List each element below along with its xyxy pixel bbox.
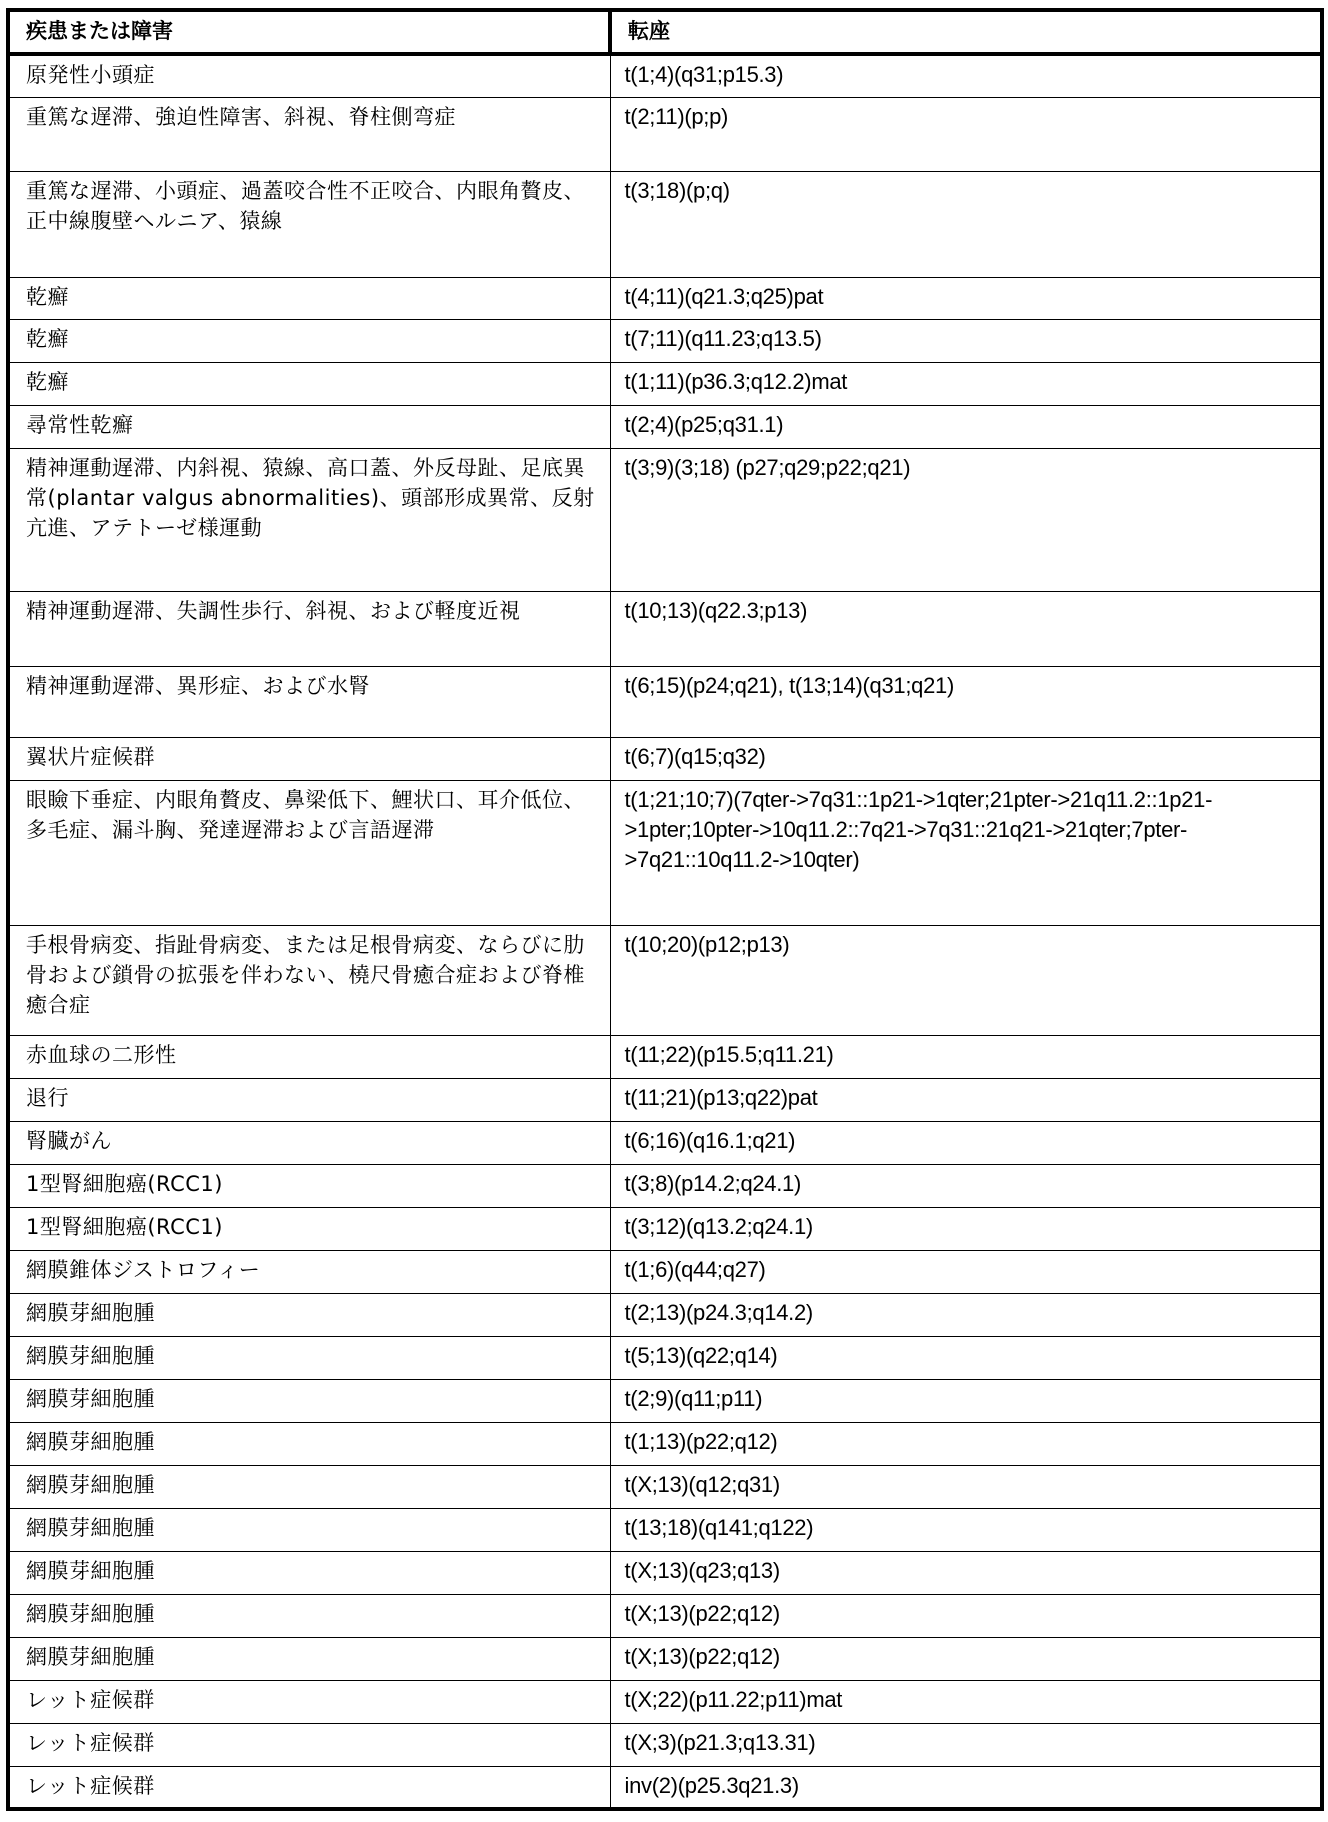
table-row: 退行t(11;21)(p13;q22)pat bbox=[8, 1078, 1322, 1121]
translocation-cell: t(2;9)(q11;p11) bbox=[610, 1379, 1322, 1422]
translocation-cell: t(2;11)(p;p) bbox=[610, 97, 1322, 171]
disease-cell: レット症候群 bbox=[8, 1680, 610, 1723]
translocation-cell: t(11;22)(p15.5;q11.21) bbox=[610, 1035, 1322, 1078]
disease-cell: 乾癬 bbox=[8, 319, 610, 362]
translocation-cell: t(1;4)(q31;p15.3) bbox=[610, 54, 1322, 97]
translocation-cell: t(3;12)(q13.2;q24.1) bbox=[610, 1207, 1322, 1250]
table-row: 乾癬t(4;11)(q21.3;q25)pat bbox=[8, 277, 1322, 319]
table-row: 網膜芽細胞腫t(5;13)(q22;q14) bbox=[8, 1336, 1322, 1379]
table-row: 網膜芽細胞腫t(13;18)(q141;q122) bbox=[8, 1508, 1322, 1551]
translocation-cell: inv(2)(p25.3q21.3) bbox=[610, 1766, 1322, 1809]
disease-cell: 網膜芽細胞腫 bbox=[8, 1422, 610, 1465]
translocation-cell: t(6;15)(p24;q21), t(13;14)(q31;q21) bbox=[610, 666, 1322, 737]
table-row: 腎臓がんt(6;16)(q16.1;q21) bbox=[8, 1121, 1322, 1164]
translocation-cell: t(X;13)(p22;q12) bbox=[610, 1594, 1322, 1637]
translocation-cell: t(3;9)(3;18) (p27;q29;p22;q21) bbox=[610, 448, 1322, 591]
table-row: 網膜芽細胞腫t(2;9)(q11;p11) bbox=[8, 1379, 1322, 1422]
translocation-cell: t(2;4)(p25;q31.1) bbox=[610, 405, 1322, 448]
disease-cell: 網膜芽細胞腫 bbox=[8, 1293, 610, 1336]
header-translocation: 転座 bbox=[610, 10, 1322, 54]
translocation-cell: t(10;13)(q22.3;p13) bbox=[610, 591, 1322, 666]
translocation-cell: t(X;22)(p11.22;p11)mat bbox=[610, 1680, 1322, 1723]
disease-cell: 赤血球の二形性 bbox=[8, 1035, 610, 1078]
disease-cell: レット症候群 bbox=[8, 1723, 610, 1766]
table-row: 赤血球の二形性t(11;22)(p15.5;q11.21) bbox=[8, 1035, 1322, 1078]
translocation-cell: t(10;20)(p12;p13) bbox=[610, 925, 1322, 1035]
disease-cell: 網膜芽細胞腫 bbox=[8, 1637, 610, 1680]
table-body: 原発性小頭症t(1;4)(q31;p15.3)重篤な遅滞、強迫性障害、斜視、脊柱… bbox=[8, 54, 1322, 1809]
disease-cell: 原発性小頭症 bbox=[8, 54, 610, 97]
table-row: 網膜芽細胞腫t(2;13)(p24.3;q14.2) bbox=[8, 1293, 1322, 1336]
table-row: 網膜芽細胞腫t(1;13)(p22;q12) bbox=[8, 1422, 1322, 1465]
header-row: 疾患または障害 転座 bbox=[8, 10, 1322, 54]
disease-cell: 網膜芽細胞腫 bbox=[8, 1551, 610, 1594]
translocation-cell: t(4;11)(q21.3;q25)pat bbox=[610, 277, 1322, 319]
disease-cell: 乾癬 bbox=[8, 362, 610, 405]
disease-cell: 網膜芽細胞腫 bbox=[8, 1508, 610, 1551]
disease-cell: 精神運動遅滞、失調性歩行、斜視、および軽度近視 bbox=[8, 591, 610, 666]
translocation-cell: t(1;6)(q44;q27) bbox=[610, 1250, 1322, 1293]
table-row: 1型腎細胞癌(RCC1)t(3;12)(q13.2;q24.1) bbox=[8, 1207, 1322, 1250]
disease-cell: 腎臓がん bbox=[8, 1121, 610, 1164]
table-row: 翼状片症候群t(6;7)(q15;q32) bbox=[8, 737, 1322, 780]
table-row: レット症候群t(X;3)(p21.3;q13.31) bbox=[8, 1723, 1322, 1766]
table-row: 乾癬t(1;11)(p36.3;q12.2)mat bbox=[8, 362, 1322, 405]
disease-cell: 網膜芽細胞腫 bbox=[8, 1379, 610, 1422]
translocation-cell: t(2;13)(p24.3;q14.2) bbox=[610, 1293, 1322, 1336]
table-row: 網膜芽細胞腫t(X;13)(q23;q13) bbox=[8, 1551, 1322, 1594]
table-row: 網膜芽細胞腫t(X;13)(q12;q31) bbox=[8, 1465, 1322, 1508]
translocation-cell: t(7;11)(q11.23;q13.5) bbox=[610, 319, 1322, 362]
translocation-cell: t(11;21)(p13;q22)pat bbox=[610, 1078, 1322, 1121]
disease-cell: 精神運動遅滞、内斜視、猿線、高口蓋、外反母趾、足底異常(plantar valg… bbox=[8, 448, 610, 591]
disease-cell: 網膜芽細胞腫 bbox=[8, 1465, 610, 1508]
table-row: 重篤な遅滞、強迫性障害、斜視、脊柱側弯症t(2;11)(p;p) bbox=[8, 97, 1322, 171]
table-row: 1型腎細胞癌(RCC1)t(3;8)(p14.2;q24.1) bbox=[8, 1164, 1322, 1207]
table-row: 網膜錐体ジストロフィーt(1;6)(q44;q27) bbox=[8, 1250, 1322, 1293]
translocation-cell: t(13;18)(q141;q122) bbox=[610, 1508, 1322, 1551]
translocation-cell: t(X;13)(p22;q12) bbox=[610, 1637, 1322, 1680]
disease-cell: 1型腎細胞癌(RCC1) bbox=[8, 1207, 610, 1250]
table-row: 手根骨病変、指趾骨病変、または足根骨病変、ならびに肋骨および鎖骨の拡張を伴わない… bbox=[8, 925, 1322, 1035]
translocation-cell: t(3;8)(p14.2;q24.1) bbox=[610, 1164, 1322, 1207]
translocation-cell: t(1;21;10;7)(7qter->7q31::1p21->1qter;21… bbox=[610, 780, 1322, 925]
disease-cell: 重篤な遅滞、強迫性障害、斜視、脊柱側弯症 bbox=[8, 97, 610, 171]
disease-cell: 退行 bbox=[8, 1078, 610, 1121]
table-row: 重篤な遅滞、小頭症、過蓋咬合性不正咬合、内眼角贅皮、正中線腹壁ヘルニア、猿線t(… bbox=[8, 171, 1322, 277]
translocation-cell: t(1;13)(p22;q12) bbox=[610, 1422, 1322, 1465]
table-row: 眼瞼下垂症、内眼角贅皮、鼻梁低下、鯉状口、耳介低位、多毛症、漏斗胸、発達遅滞およ… bbox=[8, 780, 1322, 925]
table-row: 網膜芽細胞腫t(X;13)(p22;q12) bbox=[8, 1594, 1322, 1637]
translocation-cell: t(3;18)(p;q) bbox=[610, 171, 1322, 277]
table-row: 尋常性乾癬t(2;4)(p25;q31.1) bbox=[8, 405, 1322, 448]
disease-cell: 1型腎細胞癌(RCC1) bbox=[8, 1164, 610, 1207]
table-row: 精神運動遅滞、異形症、および水腎t(6;15)(p24;q21), t(13;1… bbox=[8, 666, 1322, 737]
translocation-cell: t(6;7)(q15;q32) bbox=[610, 737, 1322, 780]
disease-cell: 眼瞼下垂症、内眼角贅皮、鼻梁低下、鯉状口、耳介低位、多毛症、漏斗胸、発達遅滞およ… bbox=[8, 780, 610, 925]
disease-cell: 翼状片症候群 bbox=[8, 737, 610, 780]
table-row: レット症候群t(X;22)(p11.22;p11)mat bbox=[8, 1680, 1322, 1723]
table-row: 乾癬t(7;11)(q11.23;q13.5) bbox=[8, 319, 1322, 362]
header-disease: 疾患または障害 bbox=[8, 10, 610, 54]
disease-cell: 手根骨病変、指趾骨病変、または足根骨病変、ならびに肋骨および鎖骨の拡張を伴わない… bbox=[8, 925, 610, 1035]
translocation-cell: t(X;3)(p21.3;q13.31) bbox=[610, 1723, 1322, 1766]
disease-cell: レット症候群 bbox=[8, 1766, 610, 1809]
table-row: 精神運動遅滞、内斜視、猿線、高口蓋、外反母趾、足底異常(plantar valg… bbox=[8, 448, 1322, 591]
translocation-cell: t(5;13)(q22;q14) bbox=[610, 1336, 1322, 1379]
disease-cell: 網膜錐体ジストロフィー bbox=[8, 1250, 610, 1293]
table-row: 精神運動遅滞、失調性歩行、斜視、および軽度近視t(10;13)(q22.3;p1… bbox=[8, 591, 1322, 666]
table-row: レット症候群inv(2)(p25.3q21.3) bbox=[8, 1766, 1322, 1809]
translocation-cell: t(X;13)(q12;q31) bbox=[610, 1465, 1322, 1508]
translocation-table: 疾患または障害 転座 原発性小頭症t(1;4)(q31;p15.3)重篤な遅滞、… bbox=[6, 8, 1324, 1811]
translocation-cell: t(6;16)(q16.1;q21) bbox=[610, 1121, 1322, 1164]
table-row: 網膜芽細胞腫t(X;13)(p22;q12) bbox=[8, 1637, 1322, 1680]
disease-cell: 網膜芽細胞腫 bbox=[8, 1336, 610, 1379]
translocation-cell: t(1;11)(p36.3;q12.2)mat bbox=[610, 362, 1322, 405]
disease-cell: 重篤な遅滞、小頭症、過蓋咬合性不正咬合、内眼角贅皮、正中線腹壁ヘルニア、猿線 bbox=[8, 171, 610, 277]
disease-cell: 網膜芽細胞腫 bbox=[8, 1594, 610, 1637]
disease-cell: 精神運動遅滞、異形症、および水腎 bbox=[8, 666, 610, 737]
translocation-cell: t(X;13)(q23;q13) bbox=[610, 1551, 1322, 1594]
disease-cell: 乾癬 bbox=[8, 277, 610, 319]
table-row: 原発性小頭症t(1;4)(q31;p15.3) bbox=[8, 54, 1322, 97]
disease-cell: 尋常性乾癬 bbox=[8, 405, 610, 448]
